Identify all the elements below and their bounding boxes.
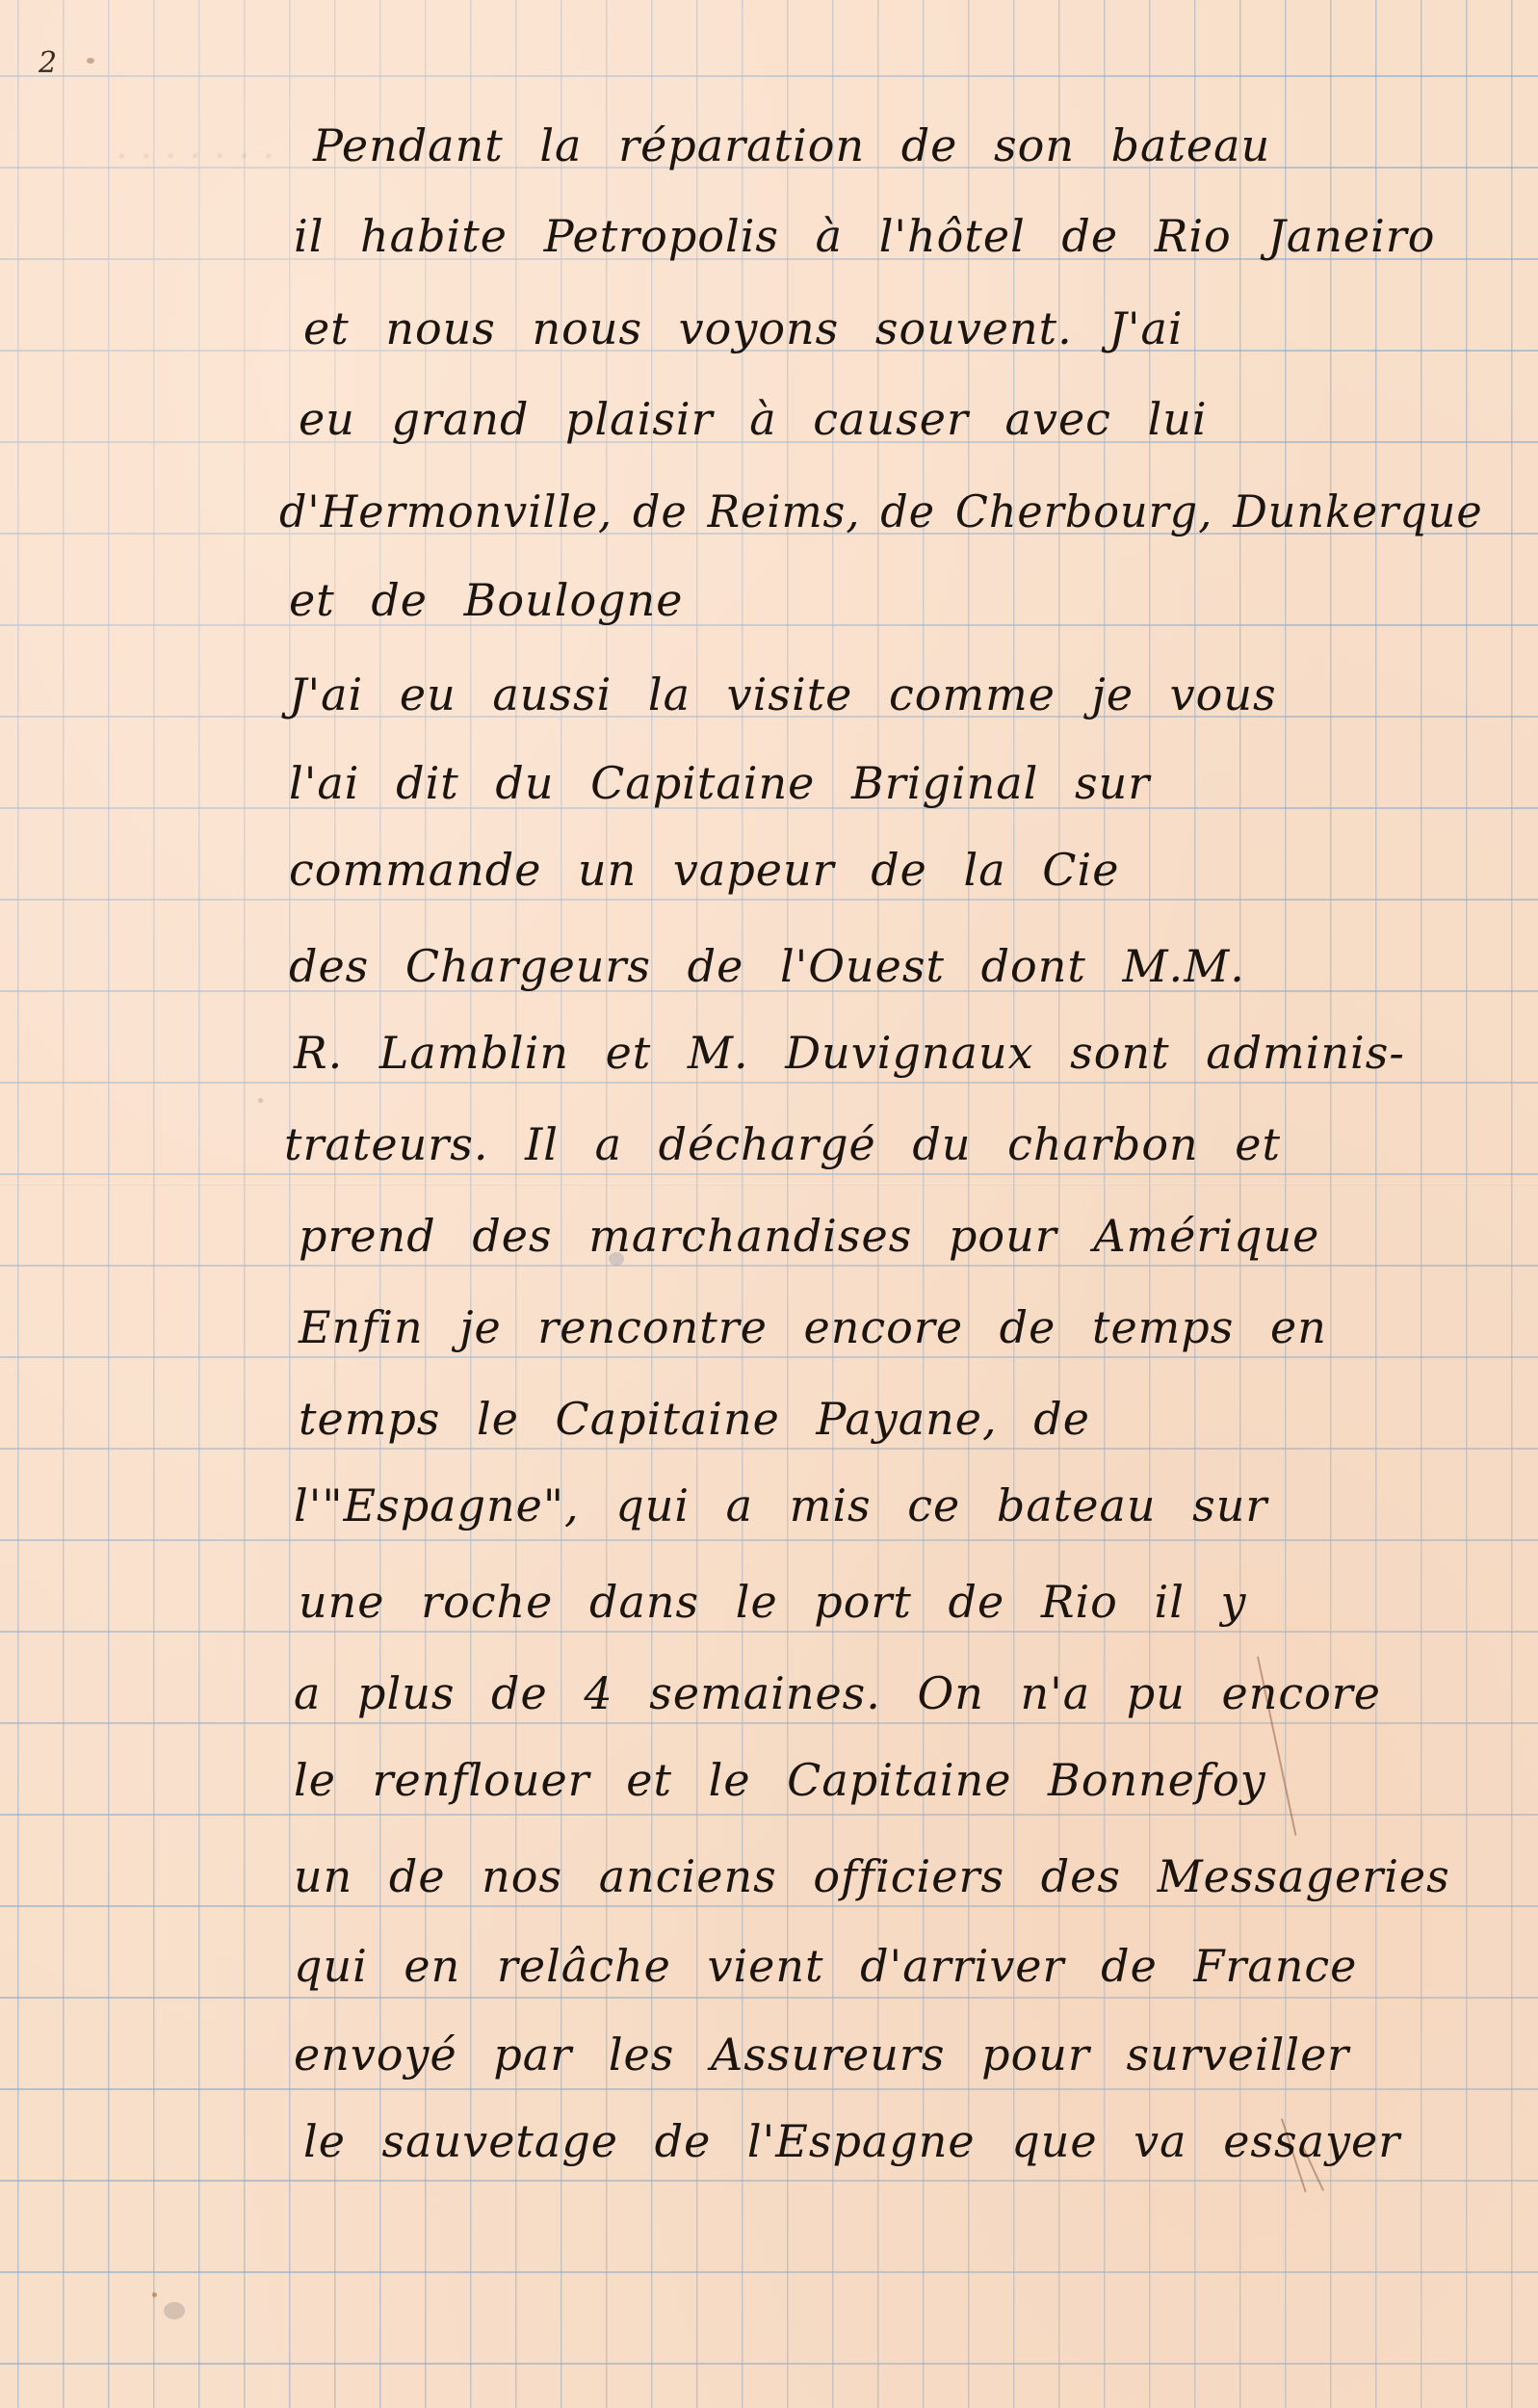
handwritten-line: trateurs. Il a déchargé du charbon et xyxy=(284,1122,1281,1166)
letter-body: Pendant la réparation de son bateau il h… xyxy=(0,0,1538,2408)
handwritten-line: et nous nous voyons souvent. J'ai xyxy=(303,306,1184,351)
handwritten-line: a plus de 4 semaines. On n'a pu encore xyxy=(294,1671,1381,1715)
handwritten-line: le renflouer et le Capitaine Bonnefoy xyxy=(294,1758,1266,1802)
handwritten-line: J'ai eu aussi la visite comme je vous xyxy=(289,672,1277,717)
handwritten-line: un de nos anciens officiers des Messager… xyxy=(294,1854,1450,1898)
handwritten-line: Enfin je rencontre encore de temps en xyxy=(299,1305,1327,1349)
handwritten-line: eu grand plaisir à causer avec lui xyxy=(299,397,1208,441)
handwritten-line: Pendant la réparation de son bateau xyxy=(313,123,1270,168)
handwritten-line: le sauvetage de l'Espagne que va essayer xyxy=(303,2119,1400,2163)
handwritten-line: temps le Capitaine Payane, de xyxy=(299,1397,1090,1441)
handwritten-line: d'Hermonville, de Reims, de Cherbourg, D… xyxy=(279,489,1483,534)
handwritten-line: commande un vapeur de la Cie xyxy=(289,848,1119,892)
handwritten-line: prend des marchandises pour Amérique xyxy=(299,1214,1319,1258)
handwritten-line: l'"Espagne", qui a mis ce bateau sur xyxy=(294,1483,1267,1528)
handwritten-line: et de Boulogne xyxy=(289,578,683,622)
handwritten-line: envoyé par les Assureurs pour surveiller xyxy=(294,2032,1349,2077)
handwritten-line: qui en relâche vient d'arriver de France xyxy=(294,1944,1357,1988)
handwritten-line: des Chargeurs de l'Ouest dont M.M. xyxy=(289,944,1245,988)
handwritten-line: une roche dans le port de Rio il y xyxy=(299,1580,1247,1624)
handwritten-line: l'ai dit du Capitaine Briginal sur xyxy=(289,761,1150,805)
handwritten-line: il habite Petropolis à l'hôtel de Rio Ja… xyxy=(294,214,1435,258)
letter-page: · · · · · · · 2 Pendant la réparation de… xyxy=(0,0,1538,2408)
handwritten-line: R. Lamblin et M. Duvignaux sont adminis- xyxy=(294,1031,1405,1075)
